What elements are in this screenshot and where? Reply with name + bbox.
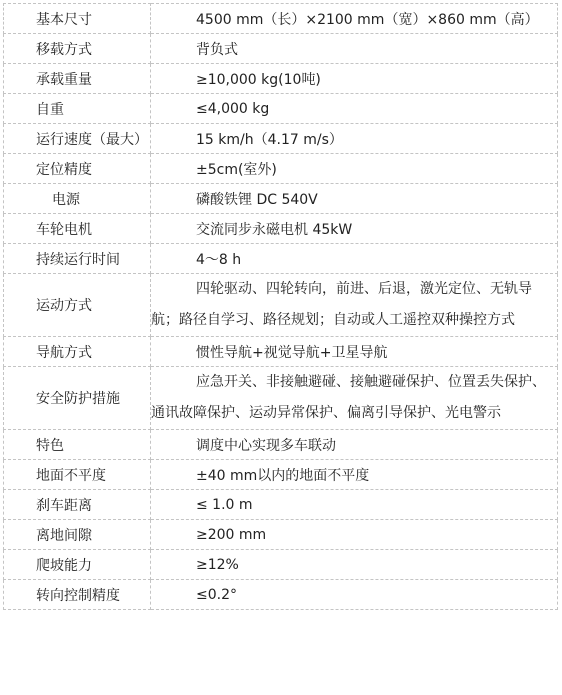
row-value: 四轮驱动、四轮转向，前进、后退，激光定位、无轨导航；路径自学习、路径规划；自动或…	[151, 274, 558, 337]
row-label: 自重	[4, 94, 151, 124]
table-row: 安全防护措施 应急开关、非接触避碰、接触避碰保护、位置丢失保护、通讯故障保护、运…	[4, 367, 558, 430]
table-row: 转向控制精度 ≤0.2°	[4, 580, 558, 610]
row-value: ≥10,000 kg(10吨)	[151, 64, 558, 94]
row-label: 刹车距离	[4, 490, 151, 520]
table-row: 定位精度 ±5cm(室外)	[4, 154, 558, 184]
row-value: 调度中心实现多车联动	[151, 430, 558, 460]
table-row: 导航方式 惯性导航+视觉导航+卫星导航	[4, 337, 558, 367]
table-row: 运行速度（最大） 15 km/h（4.17 m/s）	[4, 124, 558, 154]
row-value: ≤4,000 kg	[151, 94, 558, 124]
row-value: ≤0.2°	[151, 580, 558, 610]
row-label: 承载重量	[4, 64, 151, 94]
row-label: 安全防护措施	[4, 367, 151, 430]
table-row: 车轮电机 交流同步永磁电机 45kW	[4, 214, 558, 244]
row-label: 地面不平度	[4, 460, 151, 490]
spec-table: 基本尺寸 4500 mm（长）×2100 mm（宽）×860 mm（高） 移载方…	[3, 3, 558, 610]
row-label: 导航方式	[4, 337, 151, 367]
row-value: 应急开关、非接触避碰、接触避碰保护、位置丢失保护、通讯故障保护、运动异常保护、偏…	[151, 367, 558, 430]
row-value: ±40 mm以内的地面不平度	[151, 460, 558, 490]
table-row: 自重 ≤4,000 kg	[4, 94, 558, 124]
row-value: ≥12%	[151, 550, 558, 580]
table-row: 电源 磷酸铁锂 DC 540V	[4, 184, 558, 214]
row-label: 转向控制精度	[4, 580, 151, 610]
row-label: 离地间隙	[4, 520, 151, 550]
row-value: 4～8 h	[151, 244, 558, 274]
table-row: 基本尺寸 4500 mm（长）×2100 mm（宽）×860 mm（高）	[4, 4, 558, 34]
row-label: 车轮电机	[4, 214, 151, 244]
row-label: 移载方式	[4, 34, 151, 64]
row-label: 运动方式	[4, 274, 151, 337]
row-value: 4500 mm（长）×2100 mm（宽）×860 mm（高）	[151, 4, 558, 34]
table-row: 地面不平度 ±40 mm以内的地面不平度	[4, 460, 558, 490]
table-row: 特色 调度中心实现多车联动	[4, 430, 558, 460]
table-row: 爬坡能力 ≥12%	[4, 550, 558, 580]
row-value: 背负式	[151, 34, 558, 64]
row-value: 15 km/h（4.17 m/s）	[151, 124, 558, 154]
row-value: 磷酸铁锂 DC 540V	[151, 184, 558, 214]
table-row: 离地间隙 ≥200 mm	[4, 520, 558, 550]
table-row: 承载重量 ≥10,000 kg(10吨)	[4, 64, 558, 94]
row-value: ±5cm(室外)	[151, 154, 558, 184]
table-row: 持续运行时间 4～8 h	[4, 244, 558, 274]
row-value: ≥200 mm	[151, 520, 558, 550]
table-row: 移载方式 背负式	[4, 34, 558, 64]
row-label: 运行速度（最大）	[4, 124, 151, 154]
row-label: 爬坡能力	[4, 550, 151, 580]
row-label: 电源	[4, 184, 151, 214]
table-row: 刹车距离 ≤ 1.0 m	[4, 490, 558, 520]
row-label: 基本尺寸	[4, 4, 151, 34]
row-value: 惯性导航+视觉导航+卫星导航	[151, 337, 558, 367]
row-value: ≤ 1.0 m	[151, 490, 558, 520]
row-label: 定位精度	[4, 154, 151, 184]
row-label: 持续运行时间	[4, 244, 151, 274]
table-row: 运动方式 四轮驱动、四轮转向，前进、后退，激光定位、无轨导航；路径自学习、路径规…	[4, 274, 558, 337]
row-value: 交流同步永磁电机 45kW	[151, 214, 558, 244]
row-label: 特色	[4, 430, 151, 460]
